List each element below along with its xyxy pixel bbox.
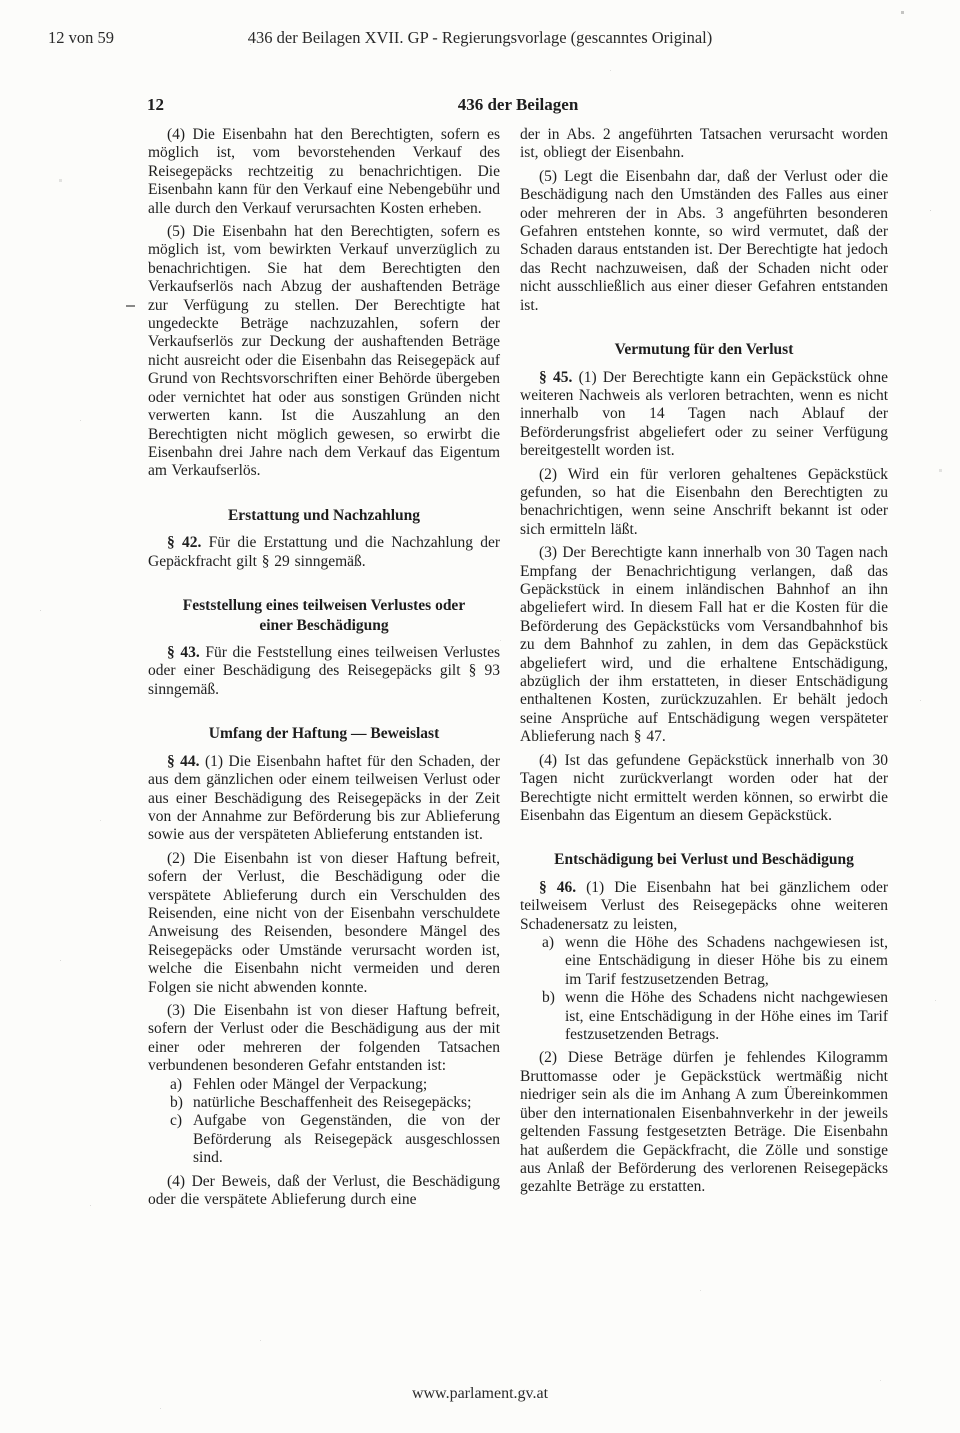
- paragraph: (2) Diese Beträge dürfen je fehlendes Ki…: [520, 1049, 888, 1196]
- paragraph-text: (4) Die Eisenbahn hat den Berechtigten, …: [148, 126, 500, 217]
- section-symbol: § 46.: [539, 879, 576, 896]
- paragraph-text: (4) Der Beweis, daß der Verlust, die Bes…: [148, 1173, 500, 1208]
- paragraph-text: der in Abs. 2 angeführten Tatsachen veru…: [520, 126, 888, 161]
- section-heading: Vermutung für den Verlust: [520, 340, 888, 360]
- page-title: 436 der Beilagen: [148, 95, 888, 115]
- section-heading: Feststellung eines teilweisen Verlustes …: [148, 596, 500, 635]
- paragraph-text: (3) Die Eisenbahn ist von dieser Haftung…: [148, 1002, 500, 1074]
- text-column-left: (4) Die Eisenbahn hat den Berechtigten, …: [148, 126, 500, 1210]
- paragraph: (4) Der Beweis, daß der Verlust, die Bes…: [148, 1173, 500, 1210]
- paragraph: (4) Ist das gefundene Gepäckstück innerh…: [520, 752, 888, 826]
- paragraph: § 43. Für die Feststellung eines teilwei…: [148, 644, 500, 699]
- paragraph: (5) Legt die Eisenbahn dar, daß der Verl…: [520, 168, 888, 315]
- list-item: b)wenn die Höhe des Schadens nicht nachg…: [520, 989, 888, 1044]
- scanned-document-page: { "page": { "header_left": "12 von 59", …: [0, 0, 960, 1433]
- paragraph: § 44. (1) Die Eisenbahn haftet für den S…: [148, 753, 500, 845]
- list-item-text: Fehlen oder Mängel der Verpackung;: [193, 1076, 427, 1093]
- list-item-marker: a): [170, 1076, 193, 1094]
- list-item: a)Fehlen oder Mängel der Verpackung;: [148, 1076, 500, 1094]
- list-item: b)natürliche Beschaffenheit des Reisegep…: [148, 1094, 500, 1112]
- list-item-text: wenn die Höhe des Schadens nachgewiesen …: [565, 934, 888, 988]
- list-item-marker: b): [170, 1094, 193, 1112]
- section-heading: Erstattung und Nachzahlung: [148, 506, 500, 526]
- paragraph-text: (1) Der Berechtigte kann ein Gepäckstück…: [520, 369, 888, 460]
- paragraph-text: (1) Die Eisenbahn hat bei gänzlichem ode…: [520, 879, 888, 933]
- section-symbol: § 45.: [539, 369, 572, 386]
- paragraph-text: (5) Die Eisenbahn hat den Berechtigten, …: [148, 223, 500, 479]
- paragraph: (2) Wird ein für verloren gehaltenes Gep…: [520, 466, 888, 540]
- paragraph-text: (5) Legt die Eisenbahn dar, daß der Verl…: [520, 168, 888, 314]
- paragraph-text: (3) Der Berechtigte kann innerhalb von 3…: [520, 544, 888, 745]
- paragraph: § 46. (1) Die Eisenbahn hat bei gänzlich…: [520, 879, 888, 934]
- section-symbol: § 44.: [167, 753, 200, 770]
- list-item: c)Aufgabe von Gegenständen, die von der …: [148, 1112, 500, 1167]
- list-item-marker: a): [542, 934, 565, 952]
- paragraph: § 42. Für die Erstattung und die Nachzah…: [148, 534, 500, 571]
- paragraph-text: (1) Die Eisenbahn haftet für den Schaden…: [148, 753, 500, 844]
- list-item-text: natürliche Beschaffenheit des Reisegepäc…: [193, 1094, 471, 1111]
- list-item-text: wenn die Höhe des Schadens nicht nachgew…: [565, 989, 888, 1043]
- text-column-right: der in Abs. 2 angeführten Tatsachen veru…: [520, 126, 888, 1197]
- scan-artifact: [126, 305, 135, 307]
- section-symbol: § 43.: [167, 644, 200, 661]
- paragraph-text: (2) Wird ein für verloren gehaltenes Gep…: [520, 466, 888, 538]
- paragraph: (4) Die Eisenbahn hat den Berechtigten, …: [148, 126, 500, 218]
- paragraph: (3) Die Eisenbahn ist von dieser Haftung…: [148, 1002, 500, 1076]
- document-header-title: 436 der Beilagen XVII. GP - Regierungsvo…: [0, 28, 960, 48]
- paragraph-text: (2) Die Eisenbahn ist von dieser Haftung…: [148, 850, 500, 996]
- section-heading: Entschädigung bei Verlust und Beschädigu…: [520, 850, 888, 870]
- section-heading: Umfang der Haftung — Beweislast: [148, 724, 500, 744]
- list-item-marker: b): [542, 989, 565, 1007]
- section-symbol: § 42.: [167, 534, 201, 551]
- paragraph: (2) Die Eisenbahn ist von dieser Haftung…: [148, 850, 500, 997]
- paragraph-text: Für die Feststellung eines teilweisen Ve…: [148, 644, 500, 698]
- paragraph-text: Für die Erstattung und die Nachzahlung d…: [148, 534, 500, 569]
- paragraph-text: (2) Diese Beträge dürfen je fehlendes Ki…: [520, 1049, 888, 1195]
- footer-url: www.parlament.gv.at: [0, 1385, 960, 1403]
- paragraph: (3) Der Berechtigte kann innerhalb von 3…: [520, 544, 888, 746]
- paragraph: (5) Die Eisenbahn hat den Berechtigten, …: [148, 223, 500, 481]
- paragraph: der in Abs. 2 angeführten Tatsachen veru…: [520, 126, 888, 163]
- paragraph: § 45. (1) Der Berechtigte kann ein Gepäc…: [520, 369, 888, 461]
- list-item: a)wenn die Höhe des Schadens nachgewiese…: [520, 934, 888, 989]
- paragraph-text: (4) Ist das gefundene Gepäckstück innerh…: [520, 752, 888, 824]
- list-item-text: Aufgabe von Gegenständen, die von der Be…: [193, 1112, 500, 1166]
- list-item-marker: c): [170, 1112, 193, 1130]
